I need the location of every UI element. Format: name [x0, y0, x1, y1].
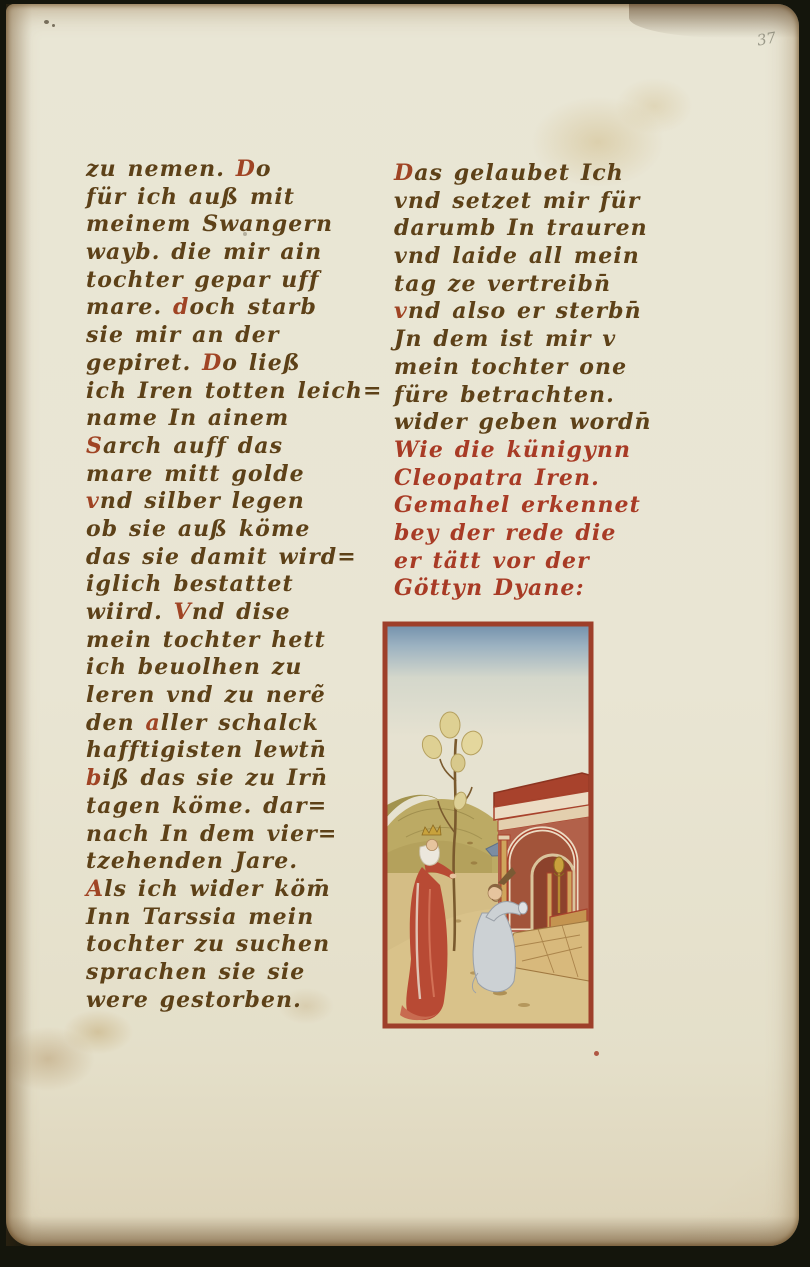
manuscript-line: were gestorben.: [86, 987, 388, 1015]
body-text: och starb: [190, 294, 317, 320]
manuscript-line: mein tochter one: [394, 354, 686, 382]
manuscript-line: meinem Swangern: [86, 211, 388, 239]
body-text: wayb. die mir ain: [86, 239, 322, 265]
manuscript-line: Jn dem ist mir v: [394, 326, 686, 354]
manuscript-line: Inn Tarssia mein: [86, 904, 388, 932]
body-text: d: [173, 294, 189, 320]
manuscript-line: mare mitt golde: [86, 461, 388, 489]
manuscript-line: wiird. Vnd dise: [86, 599, 388, 627]
manuscript-line: mare. doch starb: [86, 294, 388, 322]
body-text: ich Iren totten leich=: [86, 378, 383, 404]
body-text: tochter gepar uff: [86, 267, 320, 293]
body-text: vnd setzet mir für: [394, 188, 640, 214]
rubric-text: bey der rede die: [394, 520, 616, 546]
body-text: v: [86, 488, 100, 514]
manuscript-line: biß das sie zu Irn̄: [86, 765, 388, 793]
rubric-text: Wie die künigynn: [394, 437, 631, 463]
manuscript-line: füre betrachten.: [394, 382, 686, 410]
body-text: nach In dem vier=: [86, 821, 337, 847]
body-text: ller schalck: [161, 710, 319, 736]
body-text: S: [86, 433, 103, 459]
body-text: tochter zu suchen: [86, 931, 330, 957]
manuscript-line: tzehenden Jare.: [86, 848, 388, 876]
manuscript-line: nach In dem vier=: [86, 821, 388, 849]
manuscript-line: leren vnd zu nerẽ: [86, 682, 388, 710]
text-column-right: Das gelaubet Ichvnd setzet mir fürdarumb…: [394, 160, 686, 603]
manuscript-line: iglich bestattet: [86, 571, 388, 599]
body-text: vnd laide all mein: [394, 243, 640, 269]
manuscript-line: ich Iren totten leich=: [86, 378, 388, 406]
body-text: tag ze vertreibn̄: [394, 271, 611, 297]
body-text: meinem Swangern: [86, 211, 333, 237]
folio-number: 37: [756, 28, 778, 49]
body-text: nd dise: [192, 599, 291, 625]
red-ink-dot: [594, 1051, 599, 1056]
body-text: füre betrachten.: [394, 382, 615, 408]
manuscript-line: den aller schalck: [86, 710, 388, 738]
manuscript-line: Wie die künigynn: [394, 437, 686, 465]
manuscript-line: Sarch auff das: [86, 433, 388, 461]
manuscript-line: vnd setzet mir für: [394, 188, 686, 216]
manuscript-line: Als ich wider köm̄: [86, 876, 388, 904]
body-text: b: [86, 765, 102, 791]
manuscript-line: tochter zu suchen: [86, 931, 388, 959]
body-text: Jn dem ist mir v: [394, 326, 616, 352]
body-text: as gelaubet Ich: [414, 160, 624, 186]
manuscript-line: name In ainem: [86, 405, 388, 433]
manuscript-line: Das gelaubet Ich: [394, 160, 686, 188]
body-text: das sie damit wird=: [86, 544, 357, 570]
ink-speck: [52, 24, 55, 27]
body-text: sprachen sie sie: [86, 959, 305, 985]
rubric-text: Gemahel erkennet: [394, 492, 641, 518]
miniature-illustration: [382, 621, 594, 1029]
manuscript-line: zu nemen. Do: [86, 156, 388, 184]
manuscript-line: vnd also er sterbn̄: [394, 298, 686, 326]
manuscript-line: wayb. die mir ain: [86, 239, 388, 267]
body-text: arch auff das: [103, 433, 283, 459]
body-text: Inn Tarssia mein: [86, 904, 314, 930]
rubric-text: Cleopatra Iren.: [394, 465, 600, 491]
manuscript-line: sie mir an der: [86, 322, 388, 350]
body-text: mare mitt golde: [86, 461, 305, 487]
body-text: wiird.: [86, 599, 174, 625]
body-text: o ließ: [222, 350, 300, 376]
body-text: nd silber legen: [100, 488, 305, 514]
ink-speck: [44, 20, 49, 24]
body-text: A: [86, 876, 104, 902]
manuscript-line: tagen köme. dar=: [86, 793, 388, 821]
body-text: hafftigisten lewtn̄: [86, 737, 327, 763]
body-text: iglich bestattet: [86, 571, 294, 597]
body-text: D: [394, 160, 414, 186]
body-text: sie mir an der: [86, 322, 280, 348]
body-text: ich beuolhen zu: [86, 654, 302, 680]
manuscript-line: Göttyn Dyane:: [394, 575, 686, 603]
manuscript-line: bey der rede die: [394, 520, 686, 548]
manuscript-line: tag ze vertreibn̄: [394, 271, 686, 299]
manuscript-line: tochter gepar uff: [86, 267, 388, 295]
text-column-left: zu nemen. Dofür ich auß mitmeinem Swange…: [86, 156, 388, 1014]
body-text: mein tochter one: [394, 354, 627, 380]
manuscript-line: hafftigisten lewtn̄: [86, 737, 388, 765]
body-text: name In ainem: [86, 405, 289, 431]
body-text: leren vnd zu nerẽ: [86, 682, 326, 708]
body-text: a: [145, 710, 160, 736]
manuscript-line: mein tochter hett: [86, 627, 388, 655]
body-text: den: [86, 710, 145, 736]
body-text: mare.: [86, 294, 173, 320]
manuscript-line: für ich auß mit: [86, 184, 388, 212]
manuscript-line: vnd silber legen: [86, 488, 388, 516]
body-text: gepiret.: [86, 350, 202, 376]
rubric-text: er tätt vor der: [394, 548, 590, 574]
body-text: zu nemen.: [86, 156, 236, 182]
manuscript-line: er tätt vor der: [394, 548, 686, 576]
rubric-text: Göttyn Dyane:: [394, 575, 585, 601]
body-text: tzehenden Jare.: [86, 848, 298, 874]
manuscript-line: gepiret. Do ließ: [86, 350, 388, 378]
body-text: iß das sie zu Irn̄: [102, 765, 328, 791]
body-text: ls ich wider köm̄: [104, 876, 331, 902]
body-text: D: [236, 156, 256, 182]
body-text: were gestorben.: [86, 987, 302, 1013]
body-text: darumb In trauren: [394, 215, 648, 241]
manuscript-line: ob sie auß köme: [86, 516, 388, 544]
body-text: o: [256, 156, 272, 182]
body-text: wider geben wordn̄: [394, 409, 652, 435]
body-text: nd also er sterbn̄: [408, 298, 642, 324]
manuscript-line: das sie damit wird=: [86, 544, 388, 572]
body-text: ob sie auß köme: [86, 516, 310, 542]
manuscript-line: Gemahel erkennet: [394, 492, 686, 520]
manuscript-line: darumb In trauren: [394, 215, 686, 243]
body-text: V: [174, 599, 192, 625]
body-text: für ich auß mit: [86, 184, 295, 210]
manuscript-photo: 37 zu nemen. Dofür ich auß mitmeinem Swa…: [0, 0, 810, 1267]
manuscript-line: wider geben wordn̄: [394, 409, 686, 437]
body-text: D: [202, 350, 222, 376]
manuscript-line: vnd laide all mein: [394, 243, 686, 271]
manuscript-line: ich beuolhen zu: [86, 654, 388, 682]
body-text: v: [394, 298, 408, 324]
body-text: tagen köme. dar=: [86, 793, 327, 819]
body-text: mein tochter hett: [86, 627, 326, 653]
manuscript-line: sprachen sie sie: [86, 959, 388, 987]
manuscript-line: Cleopatra Iren.: [394, 465, 686, 493]
